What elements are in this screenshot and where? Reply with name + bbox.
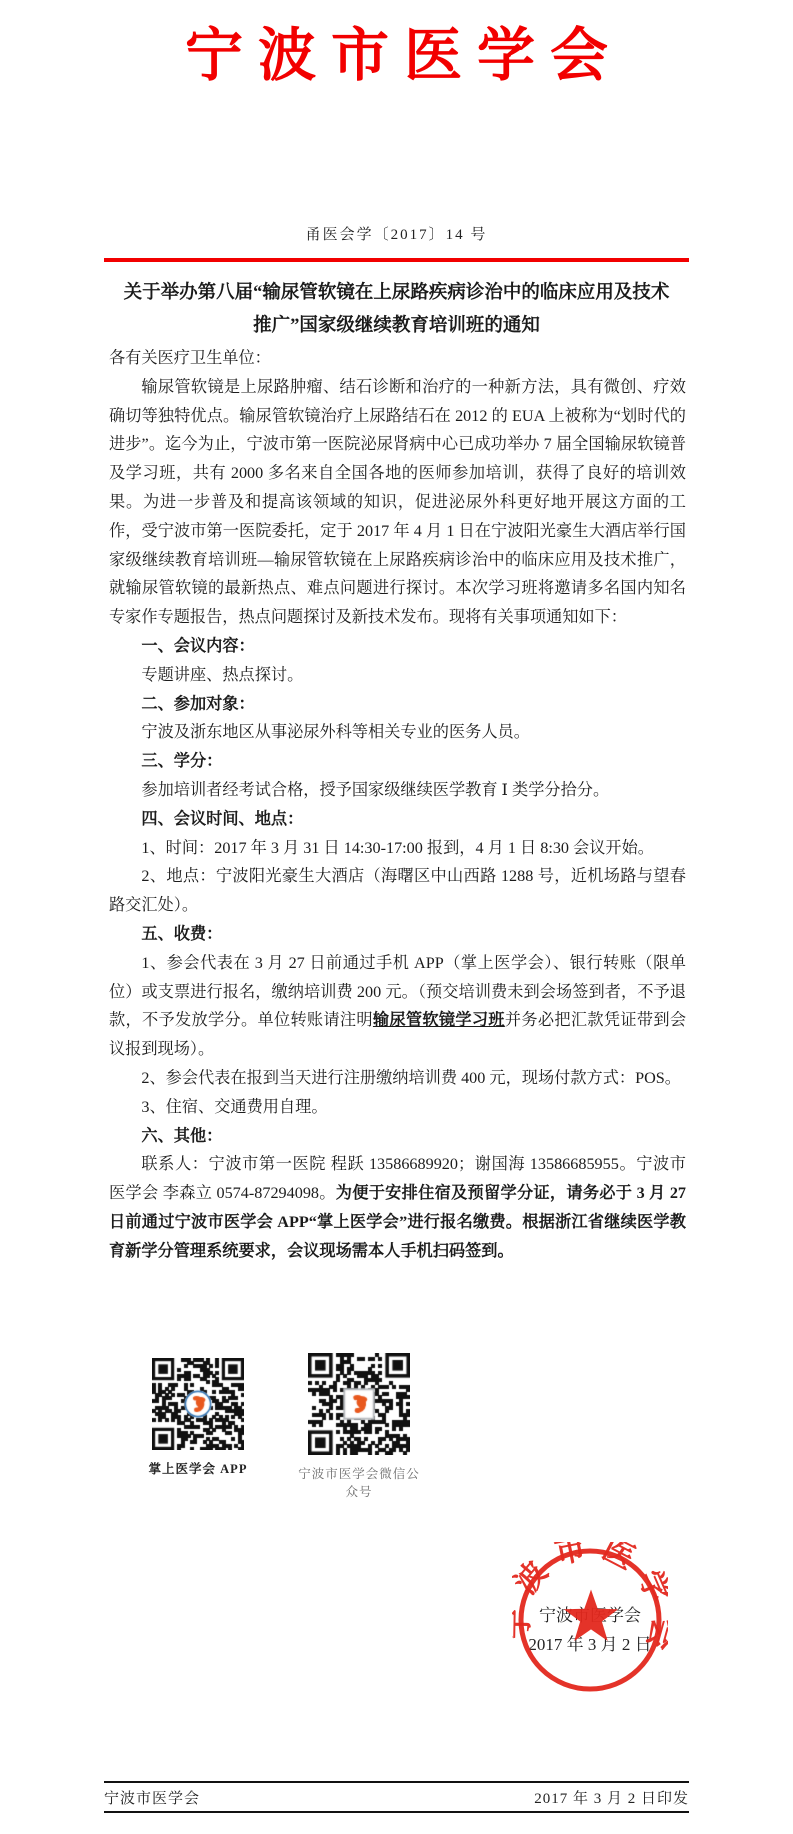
- paragraph: 各有关医疗卫生单位：: [109, 344, 686, 373]
- footer-print-date: 2017 年 3 月 2 日印发: [534, 1787, 689, 1808]
- notice-title-line2: 推广”国家级继续教育培训班的通知: [80, 310, 713, 343]
- section-heading: 五、收费：: [109, 920, 686, 949]
- section-heading: 三、学分：: [109, 747, 686, 776]
- section-heading: 六、其他：: [109, 1122, 686, 1151]
- qr-code-app-icon: [152, 1358, 244, 1450]
- paragraph: 2、参会代表在报到当天进行注册缴纳培训费 400 元，现场付款方式：POS。: [109, 1064, 686, 1093]
- header-org-title: 宁波市医学会: [0, 8, 793, 92]
- paragraph: 1、参会代表在 3 月 27 日前通过手机 APP（掌上医学会）、银行转账（限单…: [109, 949, 686, 1064]
- paragraph: 宁波及浙东地区从事泌尿外科等相关专业的医务人员。: [109, 718, 686, 747]
- qr-label-wechat: 宁波市医学会微信公众号: [294, 1464, 424, 1500]
- document-page: 宁波市医学会 甬医会学〔2017〕14 号 关于举办第八届“输尿管软镜在上尿路疾…: [0, 0, 793, 1834]
- section-heading: 一、会议内容：: [109, 632, 686, 661]
- paragraph: 1、时间：2017 年 3 月 31 日 14:30-17:00 报到，4 月 …: [109, 834, 686, 863]
- paragraph: 2、地点：宁波阳光豪生大酒店（海曙区中山西路 1288 号，近机场路与望春路交汇…: [109, 862, 686, 920]
- document-body: 各有关医疗卫生单位：输尿管软镜是上尿路肿瘤、结石诊断和治疗的一种新方法，具有微创…: [109, 344, 686, 1266]
- section-heading: 四、会议时间、地点：: [109, 805, 686, 834]
- qr-code-wechat-icon: [308, 1353, 410, 1455]
- paragraph: 联系人：宁波市第一医院 程跃 13586689920；谢国海 135866859…: [109, 1150, 686, 1265]
- paragraph: 输尿管软镜是上尿路肿瘤、结石诊断和治疗的一种新方法，具有微创、疗效确切等独特优点…: [109, 373, 686, 632]
- paragraph: 3、住宿、交通费用自理。: [109, 1093, 686, 1122]
- paragraph: 专题讲座、热点探讨。: [109, 661, 686, 690]
- footer-org-name: 宁波市医学会: [104, 1787, 200, 1808]
- paragraph: 参加培训者经考试合格，授予国家级继续医学教育 Ⅰ 类学分拾分。: [109, 776, 686, 805]
- footer: 宁波市医学会 2017 年 3 月 2 日印发: [104, 1781, 689, 1813]
- doc-number: 甬医会学〔2017〕14 号: [0, 223, 793, 244]
- section-heading: 二、参加对象：: [109, 690, 686, 719]
- official-seal-icon: 宁波市医学会: [512, 1542, 668, 1698]
- star-icon: [564, 1590, 618, 1642]
- qr-figure-wechat: 宁波市医学会微信公众号: [294, 1353, 424, 1500]
- red-separator-line: [104, 258, 689, 262]
- notice-title-line1: 关于举办第八届“输尿管软镜在上尿路疾病诊治中的临床应用及技术: [80, 277, 713, 310]
- qr-label-app: 掌上医学会 APP: [138, 1459, 258, 1477]
- notice-title: 关于举办第八届“输尿管软镜在上尿路疾病诊治中的临床应用及技术 推广”国家级继续教…: [80, 277, 713, 343]
- qr-figure-app: 掌上医学会 APP: [138, 1358, 258, 1477]
